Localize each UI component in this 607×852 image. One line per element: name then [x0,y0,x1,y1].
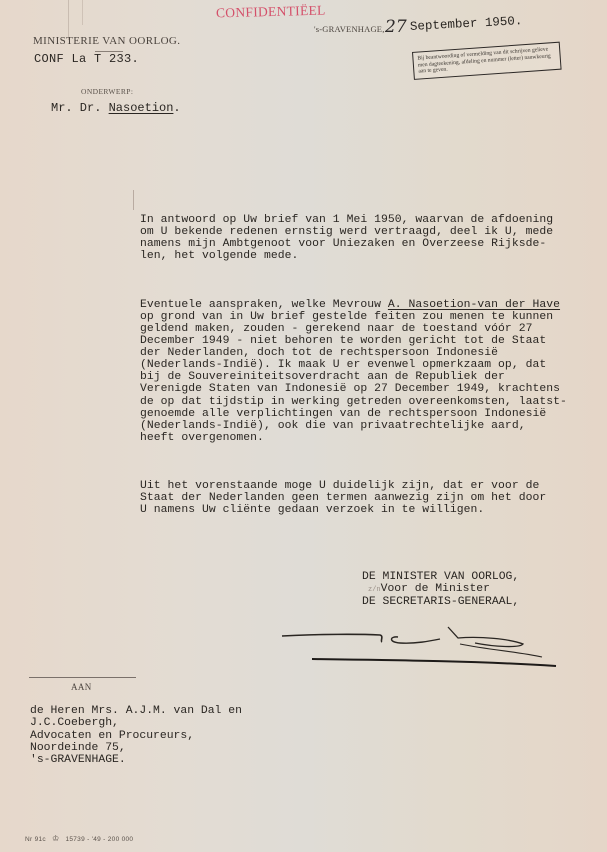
handwritten-signature [280,622,600,667]
royal-crest-icon: ♔ [52,834,59,843]
margin-mark [133,190,134,210]
reference-number: CONF La T 233. [34,52,139,66]
initials-mark: z/n [368,586,381,594]
date-day-handwritten: 27 [385,17,407,37]
recipient-label: AAN [71,682,92,692]
print-code: 15739 - '49 - 200 000 [65,836,133,843]
form-footer: Nr 91c♔15739 - '49 - 200 000 [25,834,133,843]
paper-fold-mark [68,0,69,40]
client-name: A. Nasoetion-van der Have [388,299,560,311]
date-typed: September 1950. [410,14,523,34]
signatory-on-behalf: z/nVoor de Minister [362,583,519,596]
recipient-address: de Heren Mrs. A.J.M. van Dal en J.C.Coeb… [30,705,242,766]
signatory-title: DE MINISTER VAN OORLOG, [362,571,519,583]
signatory-secretary: DE SECRETARIS-GENERAAL, [362,596,519,608]
letter-body: In antwoord op Uw brief van 1 Mei 1950, … [140,190,585,540]
paragraph-2-rest: op grond van in Uw brief gestelde feiten… [140,311,567,444]
subject-name: Nasoetion [109,101,174,115]
recipient-divider [29,677,136,678]
on-behalf-text: Voor de Minister [381,583,490,595]
reply-instructions-box: Bij beantwoording of vermelding van dit … [412,42,562,80]
paper-fold-mark [82,0,83,25]
subject-line: Mr. Dr. Nasoetion. [51,101,181,115]
form-number: Nr 91c [25,836,46,843]
signature-block: DE MINISTER VAN OORLOG,z/nVoor de Minist… [362,571,519,608]
ministry-heading: MINISTERIE VAN OORLOG. [33,35,180,47]
subject-suffix: . [173,101,180,115]
paragraph-3: Uit het vorenstaande moge U duidelijk zi… [140,480,585,516]
place-label: 's-GRAVENHAGE, [314,24,385,34]
subject-label: ONDERWERP: [81,87,133,96]
confidential-stamp: CONFIDENTIËEL [216,3,326,22]
paragraph-2-start: Eventuele aanspraken, welke Mevrouw [140,299,388,311]
paragraph-2: Eventuele aanspraken, welke Mevrouw A. N… [140,299,585,444]
subject-prefix: Mr. Dr. [51,101,109,115]
paragraph-1: In antwoord op Uw brief van 1 Mei 1950, … [140,214,585,262]
